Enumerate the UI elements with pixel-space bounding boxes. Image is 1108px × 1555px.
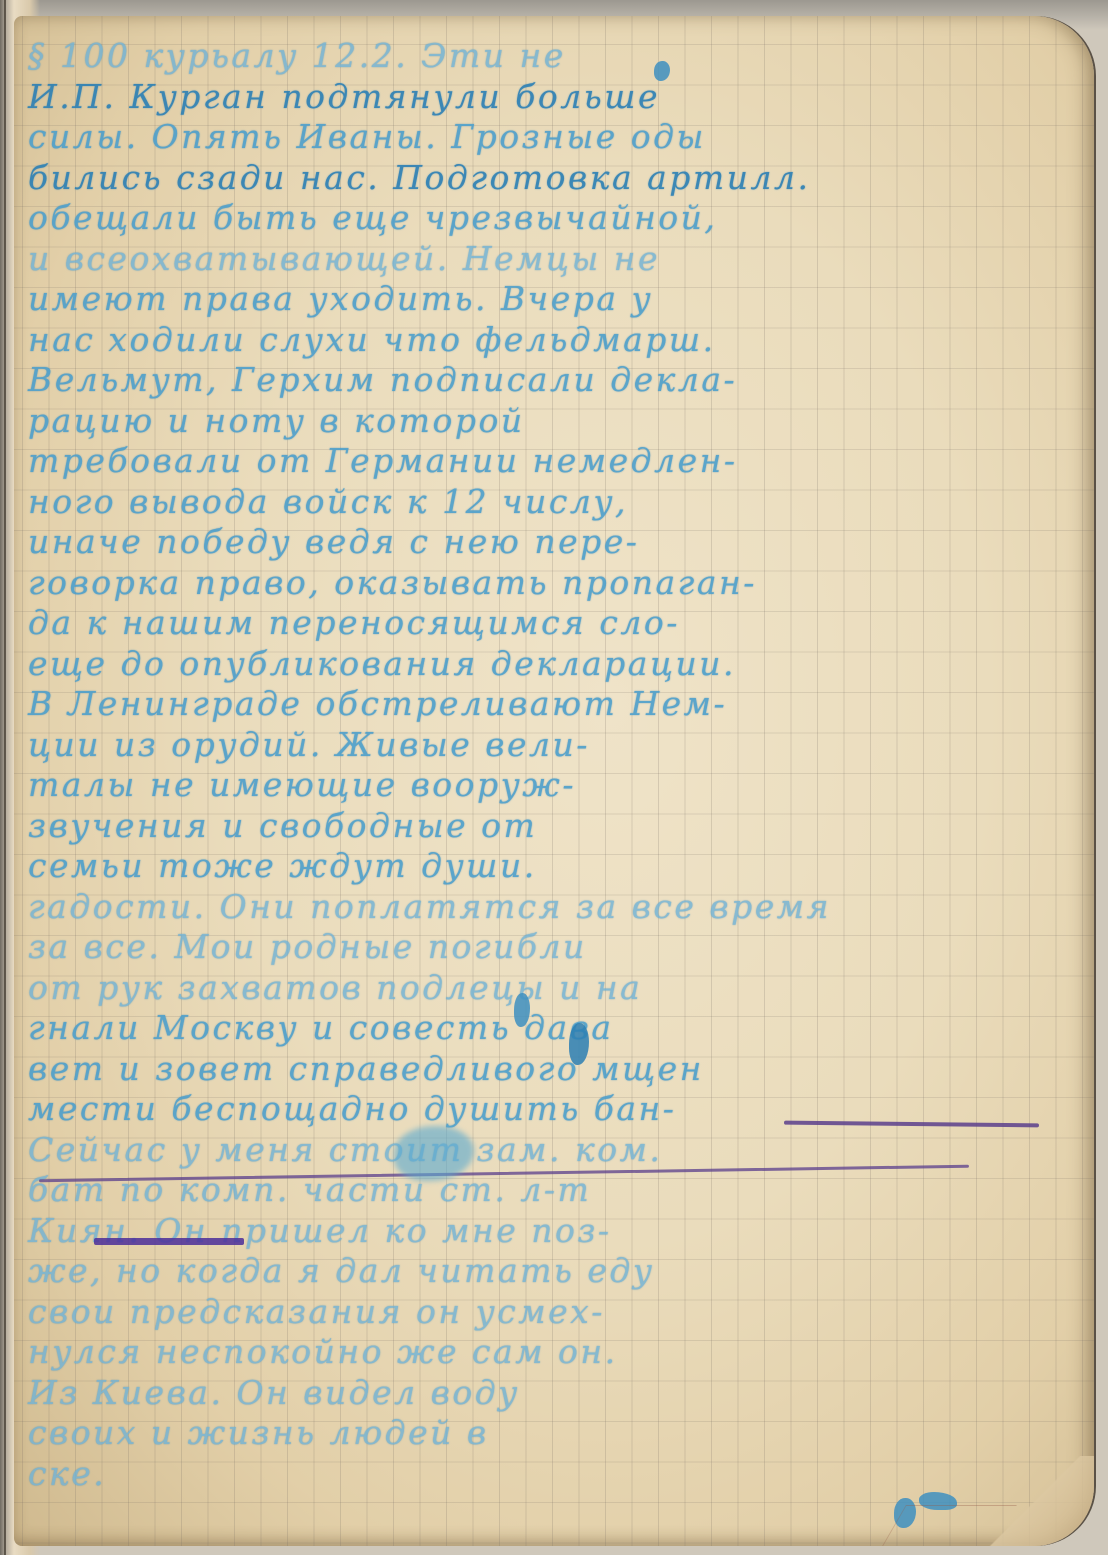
text-line: нас ходили слухи что фельдмарш. — [28, 320, 1084, 361]
text-line: своих и жизнь людей в — [28, 1413, 1084, 1454]
text-line: бились сзади нас. Подготовка артилл. — [28, 158, 1084, 199]
text-line: рацию и ноту в которой — [28, 401, 1084, 442]
text-line: гнали Москву и совесть дава — [28, 1008, 1084, 1049]
text-line: требовали от Германии немедлен- — [28, 441, 1084, 482]
text-line: талы не имеющие вооруж- — [28, 765, 1084, 806]
purple-underline — [94, 1238, 244, 1245]
text-line: и всеохватывающей. Немцы не — [28, 239, 1084, 280]
diary-page: § 100 курьалу 12.2. Эти не И.П. Курган п… — [14, 16, 1094, 1546]
text-line: Сейчас у меня стоит зам. ком. — [28, 1130, 1084, 1171]
text-line: В Ленинграде обстреливают Нем- — [28, 684, 1084, 725]
text-line: за все. Мои родные погибли — [28, 927, 1084, 968]
text-line: § 100 курьалу 12.2. Эти не — [28, 36, 1084, 77]
handwritten-text: § 100 курьалу 12.2. Эти не И.П. Курган п… — [28, 36, 1084, 1494]
text-line: вет и зовет справедливого мщен — [28, 1049, 1084, 1090]
text-line: Вельмут, Герхим подписали декла- — [28, 360, 1084, 401]
text-line: имеют права уходить. Вчера у — [28, 279, 1084, 320]
text-line: да к нашим переносящимся сло- — [28, 603, 1084, 644]
scanned-document: § 100 курьалу 12.2. Эти не И.П. Курган п… — [0, 0, 1108, 1555]
text-line: силы. Опять Иваны. Грозные оды — [28, 117, 1084, 158]
text-line: гадости. Они поплатятся за все время — [28, 887, 1084, 928]
text-line: И.П. Курган подтянули больше — [28, 77, 1084, 118]
text-line: же, но когда я дал читать еду — [28, 1251, 1084, 1292]
text-line: от рук захватов подлецы и на — [28, 968, 1084, 1009]
text-line: ции из орудий. Живые вели- — [28, 725, 1084, 766]
text-line: ного вывода войск к 12 числу, — [28, 482, 1084, 523]
text-line: говорка право, оказывать пропаган- — [28, 563, 1084, 604]
spine-edge-line — [4, 0, 6, 1555]
text-line: иначе победу ведя с нею пере- — [28, 522, 1084, 563]
text-line: обещали быть еще чрезвычайной, — [28, 198, 1084, 239]
text-line: звучения и свободные от — [28, 806, 1084, 847]
text-line: еще до опубликования декларации. — [28, 644, 1084, 685]
text-line: семьи тоже ждут души. — [28, 846, 1084, 887]
text-line: ске. — [28, 1454, 1084, 1495]
text-line: свои предсказания он усмех- — [28, 1292, 1084, 1333]
page-corner-curl — [974, 1456, 1094, 1546]
text-line: нулся неспокойно же сам он. — [28, 1332, 1084, 1373]
text-line: Из Киева. Он видел воду — [28, 1373, 1084, 1414]
